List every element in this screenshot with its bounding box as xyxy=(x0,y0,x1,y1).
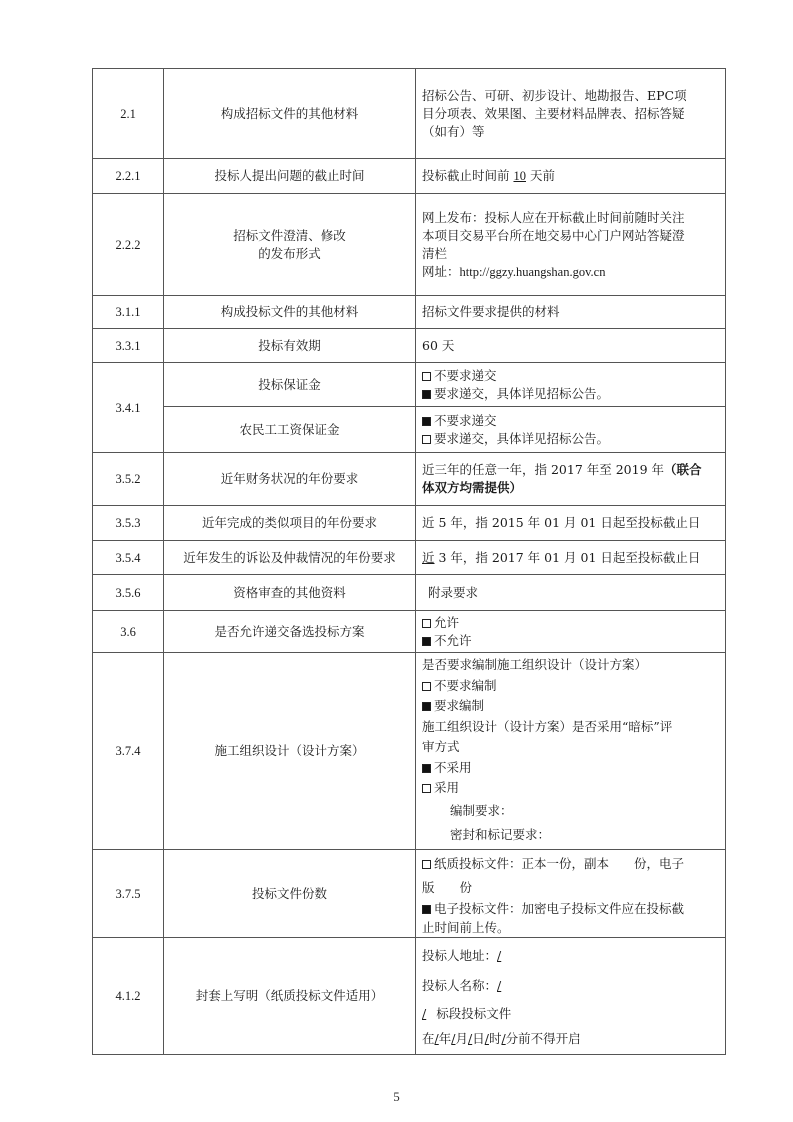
checkbox-checked-icon xyxy=(422,417,431,426)
checkbox-checked-icon xyxy=(422,764,431,773)
clause-content: 附录要求 xyxy=(416,575,726,611)
option-item: 纸质投标文件：正本一份，副本 份，电子 xyxy=(422,851,719,877)
clause-name: 投标保证金 xyxy=(164,363,416,407)
checkbox-checked-icon xyxy=(422,637,431,646)
table-row: 4.1.2 封套上写明（纸质投标文件适用） 投标人地址：/ 投标人名称：/ /标… xyxy=(93,938,726,1055)
table-row: 3.5.2 近年财务状况的年份要求 近三年的任意一年，指 2017 年至 201… xyxy=(93,453,726,506)
clause-number: 2.1 xyxy=(93,69,164,159)
option-item: 要求递交，具体详见招标公告。 xyxy=(422,385,719,403)
clause-number: 3.4.1 xyxy=(93,363,164,453)
clause-number: 2.2.2 xyxy=(93,194,164,296)
clause-name: 封套上写明（纸质投标文件适用） xyxy=(164,938,416,1055)
clause-name: 近年发生的诉讼及仲裁情况的年份要求 xyxy=(164,541,416,575)
clause-name: 招标文件澄清、修改 的发布形式 xyxy=(164,194,416,296)
option-item: 不允许 xyxy=(422,632,719,650)
option-item: 不要求递交 xyxy=(422,412,719,430)
checkbox-checked-icon xyxy=(422,390,431,399)
clause-content: 近 3 年，指 2017 年 01 月 01 日起至投标截止日 xyxy=(416,541,726,575)
table-row: 3.4.1 投标保证金 不要求递交 要求递交，具体详见招标公告。 xyxy=(93,363,726,407)
clause-content: 近三年的任意一年，指 2017 年至 2019 年（联合 体双方均需提供） xyxy=(416,453,726,506)
clause-content: 投标截止时间前 10 天前 xyxy=(416,159,726,194)
clause-number: 3.7.4 xyxy=(93,653,164,850)
clause-name: 施工组织设计（设计方案） xyxy=(164,653,416,850)
table-row: 3.6 是否允许递交备选投标方案 允许 不允许 xyxy=(93,611,726,653)
table-row: 3.1.1 构成投标文件的其他材料 招标文件要求提供的材料 xyxy=(93,296,726,329)
option-item: 不要求编制 xyxy=(422,676,719,697)
checkbox-unchecked-icon xyxy=(422,784,431,793)
page-number: 5 xyxy=(0,1089,793,1105)
clause-number: 3.5.6 xyxy=(93,575,164,611)
checkbox-checked-icon xyxy=(422,702,431,711)
option-item: 电子投标文件：加密电子投标文件应在投标截 xyxy=(422,899,719,919)
clause-number: 3.7.5 xyxy=(93,850,164,938)
clause-name: 投标有效期 xyxy=(164,329,416,363)
table-row: 2.2.2 招标文件澄清、修改 的发布形式 网上发布：投标人应在开标截止时间前随… xyxy=(93,194,726,296)
table-row: 3.5.6 资格审查的其他资料 附录要求 xyxy=(93,575,726,611)
checkbox-unchecked-icon xyxy=(422,435,431,444)
clause-name: 近年财务状况的年份要求 xyxy=(164,453,416,506)
checkbox-unchecked-icon xyxy=(422,372,431,381)
table-row: 3.5.4 近年发生的诉讼及仲裁情况的年份要求 近 3 年，指 2017 年 0… xyxy=(93,541,726,575)
table-row: 3.5.3 近年完成的类似项目的年份要求 近 5 年，指 2015 年 01 月… xyxy=(93,506,726,541)
clause-number: 3.5.2 xyxy=(93,453,164,506)
checkbox-checked-icon xyxy=(422,905,431,914)
clause-content: 允许 不允许 xyxy=(416,611,726,653)
clause-number: 2.2.1 xyxy=(93,159,164,194)
clause-name: 构成招标文件的其他材料 xyxy=(164,69,416,159)
clause-number: 3.1.1 xyxy=(93,296,164,329)
option-item: 要求递交，具体详见招标公告。 xyxy=(422,430,719,448)
clause-name: 投标人提出问题的截止时间 xyxy=(164,159,416,194)
clause-content: 招标公告、可研、初步设计、地勘报告、EPC项 目分项表、效果图、主要材料品牌表、… xyxy=(416,69,726,159)
clause-content: 近 5 年，指 2015 年 01 月 01 日起至投标截止日 xyxy=(416,506,726,541)
clause-name: 资格审查的其他资料 xyxy=(164,575,416,611)
clause-content: 招标文件要求提供的材料 xyxy=(416,296,726,329)
clause-content: 网上发布：投标人应在开标截止时间前随时关注 本项目交易平台所在地交易中心门户网站… xyxy=(416,194,726,296)
clause-content: 不要求递交 要求递交，具体详见招标公告。 xyxy=(416,407,726,453)
bidder-address-value: / xyxy=(497,948,501,963)
option-item: 不要求递交 xyxy=(422,367,719,385)
clause-number: 3.5.4 xyxy=(93,541,164,575)
clause-content: 纸质投标文件：正本一份，副本 份，电子 版 份 电子投标文件：加密电子投标文件应… xyxy=(416,850,726,938)
table-row: 2.2.1 投标人提出问题的截止时间 投标截止时间前 10 天前 xyxy=(93,159,726,194)
clause-number: 3.5.3 xyxy=(93,506,164,541)
option-item: 允许 xyxy=(422,614,719,632)
bid-spec-table: 2.1 构成招标文件的其他材料 招标公告、可研、初步设计、地勘报告、EPC项 目… xyxy=(92,68,726,1055)
table-row: 3.3.1 投标有效期 60 天 xyxy=(93,329,726,363)
table-row: 3.7.4 施工组织设计（设计方案） 是否要求编制施工组织设计（设计方案） 不要… xyxy=(93,653,726,850)
checkbox-unchecked-icon xyxy=(422,682,431,691)
clause-content: 是否要求编制施工组织设计（设计方案） 不要求编制 要求编制 施工组织设计（设计方… xyxy=(416,653,726,850)
section-value: / xyxy=(422,1006,436,1021)
clause-content: 不要求递交 要求递交，具体详见招标公告。 xyxy=(416,363,726,407)
table-row: 3.7.5 投标文件份数 纸质投标文件：正本一份，副本 份，电子 版 份 电子投… xyxy=(93,850,726,938)
option-item: 要求编制 xyxy=(422,696,719,717)
clause-number: 3.3.1 xyxy=(93,329,164,363)
clause-number: 3.6 xyxy=(93,611,164,653)
clause-content: 投标人地址：/ 投标人名称：/ /标段投标文件 在/年/月/日/时/分前不得开启 xyxy=(416,938,726,1055)
option-item: 不采用 xyxy=(422,758,719,779)
table-row: 农民工工资保证金 不要求递交 要求递交，具体详见招标公告。 xyxy=(93,407,726,453)
checkbox-unchecked-icon xyxy=(422,619,431,628)
clause-number: 4.1.2 xyxy=(93,938,164,1055)
clause-name: 是否允许递交备选投标方案 xyxy=(164,611,416,653)
option-item: 采用 xyxy=(422,778,719,799)
document-page: 2.1 构成招标文件的其他材料 招标公告、可研、初步设计、地勘报告、EPC项 目… xyxy=(0,0,793,1122)
clause-name: 构成投标文件的其他材料 xyxy=(164,296,416,329)
bidder-name-value: / xyxy=(497,978,501,993)
checkbox-unchecked-icon xyxy=(422,860,431,869)
website-link[interactable]: http://ggzy.huangshan.gov.cn xyxy=(460,265,606,279)
clause-content: 60 天 xyxy=(416,329,726,363)
clause-name: 农民工工资保证金 xyxy=(164,407,416,453)
clause-name: 投标文件份数 xyxy=(164,850,416,938)
clause-name: 近年完成的类似项目的年份要求 xyxy=(164,506,416,541)
table-row: 2.1 构成招标文件的其他材料 招标公告、可研、初步设计、地勘报告、EPC项 目… xyxy=(93,69,726,159)
